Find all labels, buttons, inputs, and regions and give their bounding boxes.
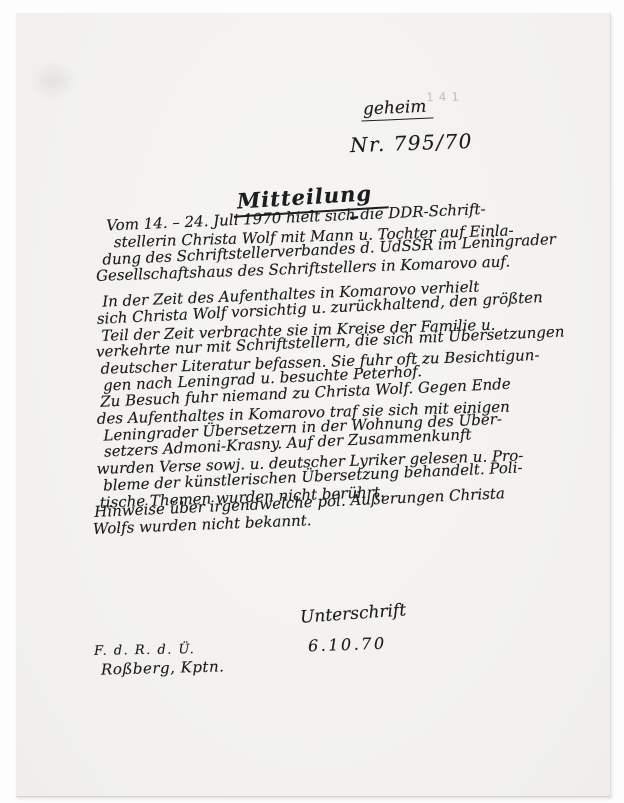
- certification-note: F. d. R. d. Ü.: [94, 642, 196, 659]
- document-number: Nr. 795/70: [350, 129, 474, 157]
- smudge: [30, 60, 76, 102]
- certifier-name: Roßberg, Kptn.: [101, 657, 225, 678]
- paragraph-1: Vom 14. – 24. Juli 1970 hielt sich die D…: [92, 202, 552, 285]
- classification-stamp: geheim: [361, 96, 433, 121]
- document-page: 141 geheim Nr. 795/70 Mitteilung – Vom 1…: [16, 13, 611, 797]
- signature-label: Unterschrift: [299, 600, 406, 627]
- signature-date: 6.10.70: [308, 634, 387, 656]
